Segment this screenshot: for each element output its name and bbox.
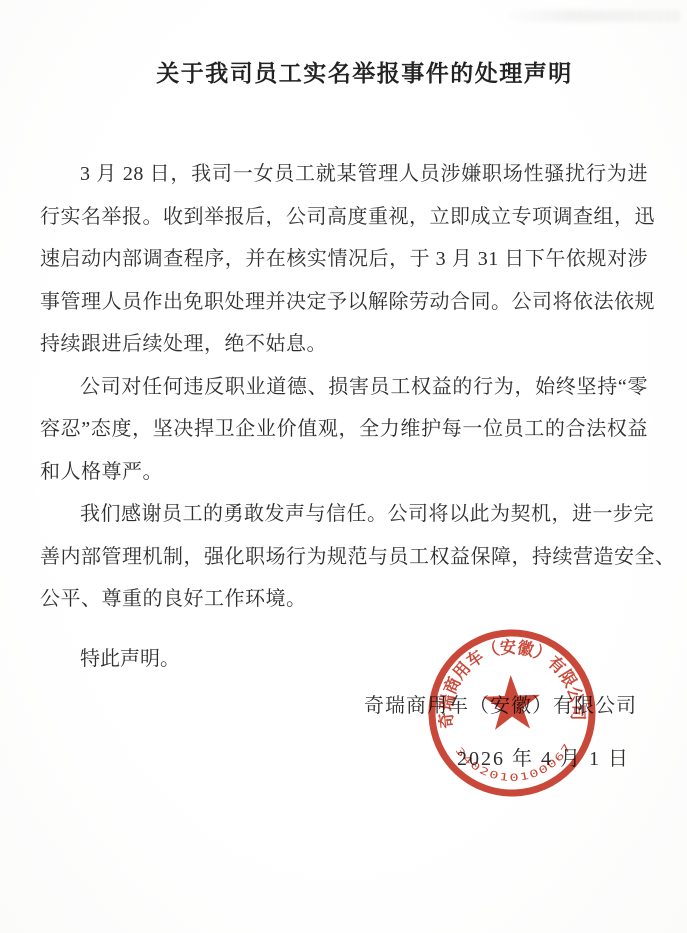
paragraph-1: 3 月 28 日，我司一女员工就某管理人员涉嫌职场性骚扰行为进 行实名举报。收到… [40,153,648,366]
paragraph-3: 我们感谢员工的勇敢发声与信任。公司将以此为契机，进一步完 善内部管理机制，强化职… [40,493,648,621]
company-name: 奇瑞商用车（安徽）有限公司 [40,685,648,728]
body-line: 公司对任何违反职业道德、损害员工权益的行为，始终坚持“零 [40,366,648,409]
document-body: 3 月 28 日，我司一女员工就某管理人员涉嫌职场性骚扰行为进 行实名举报。收到… [40,153,648,780]
body-line: 3 月 28 日，我司一女员工就某管理人员涉嫌职场性骚扰行为进 [40,153,648,196]
statement-document: 关于我司员工实名举报事件的处理声明 3 月 28 日，我司一女员工就某管理人员涉… [0,0,687,933]
body-line: 速启动内部调查程序，并在核实情况后，于 3 月 31 日下午依规对涉 [40,238,648,281]
body-line: 事管理人员作出免职处理并决定予以解除劳动合同。公司将依法依规 [40,281,648,324]
paragraph-2: 公司对任何违反职业道德、损害员工权益的行为，始终坚持“零 容忍”态度，坚决捍卫企… [40,366,648,494]
body-line: 我们感谢员工的勇敢发声与信任。公司将以此为契机，进一步完 [40,493,648,536]
body-line: 公平、尊重的良好工作环境。 [40,578,648,621]
body-line: 善内部管理机制，强化职场行为规范与员工权益保障，持续营造安全、 [40,536,648,579]
body-line: 持续跟进后续处理，绝不姑息。 [40,323,648,366]
closing-statement: 特此声明。 [40,638,648,681]
statement-date: 2026 年 4 月 1 日 [40,738,648,781]
scan-artifact [500,10,680,22]
body-line: 容忍”态度，坚决捍卫企业价值观，全力维护每一位员工的合法权益 [40,408,648,451]
body-line: 行实名举报。收到举报后，公司高度重视，立即成立专项调查组，迅 [40,196,648,239]
signature-block: 奇瑞商用车（安徽）有限公司 2026 年 4 月 1 日 [40,685,648,780]
body-line: 和人格尊严。 [40,451,648,494]
document-title: 关于我司员工实名举报事件的处理声明 [21,55,687,88]
